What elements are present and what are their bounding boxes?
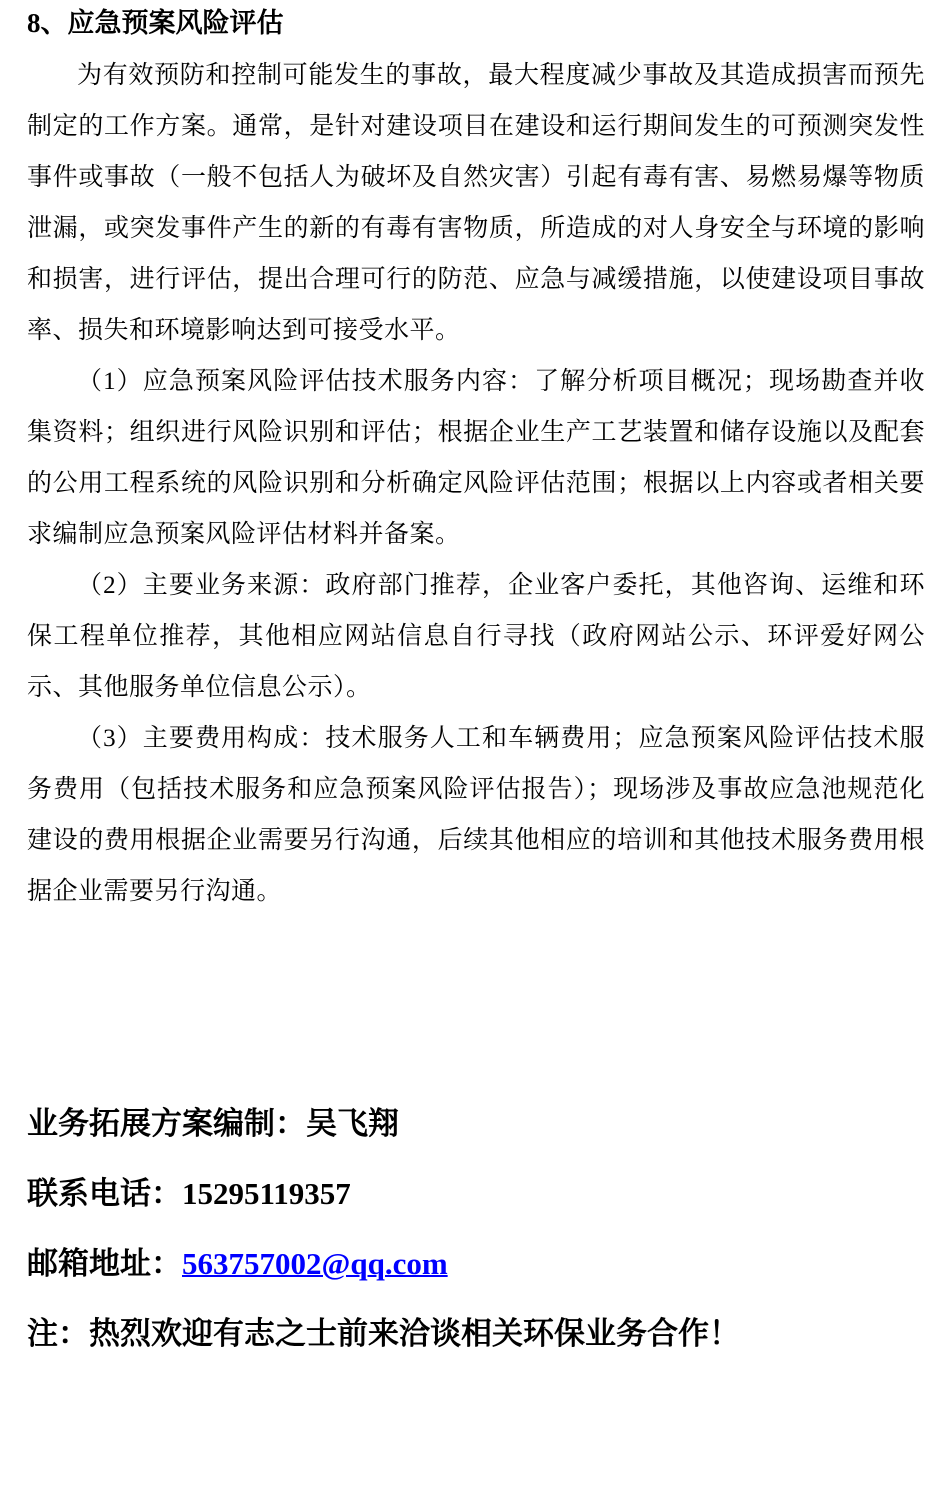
- contact-block: 业务拓展方案编制：吴飞翔 联系电话：15295119357 邮箱地址：56375…: [27, 1089, 925, 1369]
- author-line: 业务拓展方案编制：吴飞翔: [27, 1089, 925, 1159]
- note-line: 注：热烈欢迎有志之士前来洽谈相关环保业务合作！: [27, 1299, 925, 1369]
- email-line: 邮箱地址：563757002@qq.com: [27, 1229, 925, 1299]
- document-page: 8、应急预案风险评估 为有效预防和控制可能发生的事故，最大程度减少事故及其造成损…: [0, 0, 950, 1500]
- body-paragraph-overview: 为有效预防和控制可能发生的事故，最大程度减少事故及其造成损害而预先制定的工作方案…: [27, 50, 925, 356]
- body-paragraph-cost-structure: （3）主要费用构成：技术服务人工和车辆费用；应急预案风险评估技术服务费用（包括技…: [27, 713, 925, 917]
- email-link[interactable]: 563757002@qq.com: [182, 1246, 448, 1281]
- body-paragraph-service-content: （1）应急预案风险评估技术服务内容：了解分析项目概况；现场勘查并收集资料；组织进…: [27, 356, 925, 560]
- body-paragraph-business-sources: （2）主要业务来源：政府部门推荐，企业客户委托，其他咨询、运维和环保工程单位推荐…: [27, 560, 925, 713]
- phone-line: 联系电话：15295119357: [27, 1159, 925, 1229]
- section-heading: 8、应急预案风险评估: [27, 6, 925, 40]
- phone-label: 联系电话：: [27, 1176, 182, 1211]
- email-label: 邮箱地址：: [27, 1246, 182, 1281]
- phone-number: 15295119357: [182, 1176, 351, 1211]
